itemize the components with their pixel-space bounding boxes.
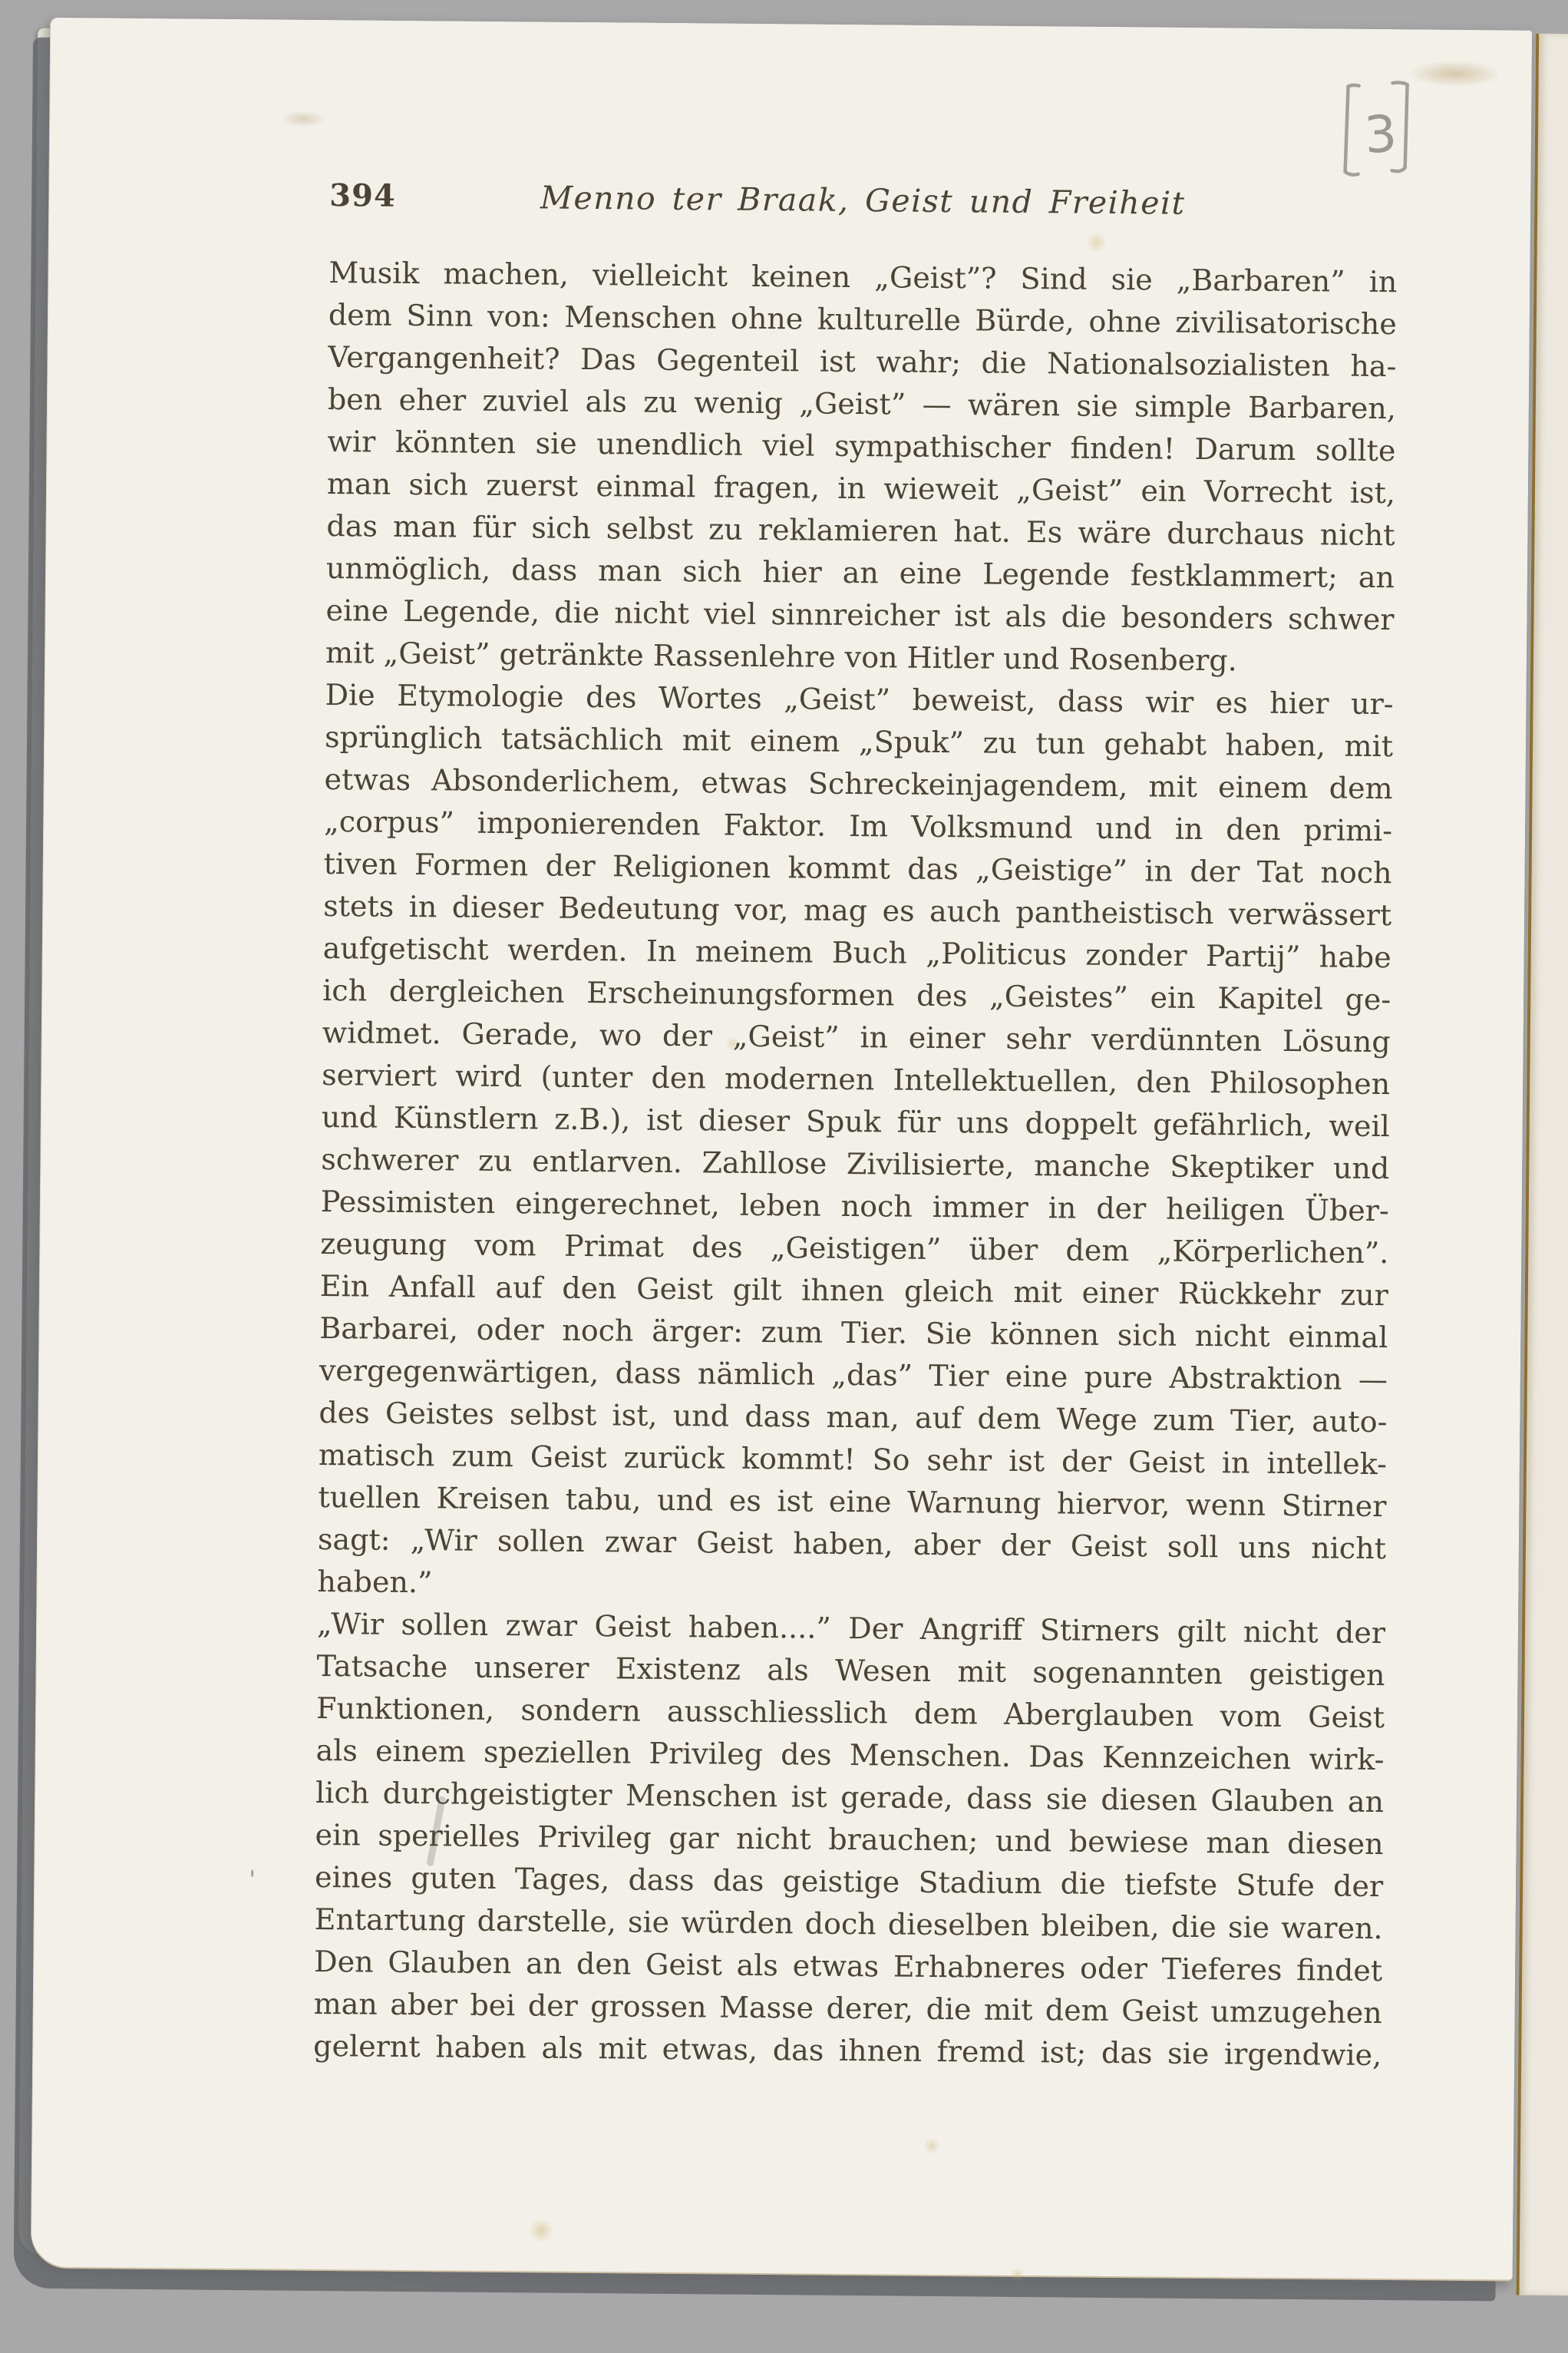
pencil-annotation: 3 — [1335, 74, 1420, 190]
body-text: Musik machen, vielleicht keinen „Geist”?… — [313, 252, 1398, 2077]
paragraph: Musik machen, vielleicht keinen „Geist”?… — [325, 252, 1398, 683]
text-line: gelernt haben als mit etwas, das ihnen f… — [313, 2025, 1381, 2077]
foxing-stain — [280, 110, 326, 127]
scan-background: { "page": { "number": "394", "running_he… — [0, 0, 1568, 2353]
book-page: 3 394 Menno ter Braak, Geist und Freihei… — [31, 18, 1533, 2282]
foxing-stain — [1010, 2268, 1025, 2281]
paragraph: Die Etymologie des Wortes „Geist” beweis… — [317, 674, 1394, 1612]
foxing-stain — [527, 2219, 555, 2242]
foxing-stain — [923, 2138, 941, 2153]
pencil-number: 3 — [1363, 104, 1399, 165]
page-header-area: 394 Menno ter Braak, Geist und Freiheit — [329, 177, 1397, 240]
page-number: 394 — [329, 177, 396, 214]
paragraph: „Wir sollen zwar Geist haben....” Der An… — [313, 1603, 1385, 2077]
running-head: Menno ter Braak, Geist und Freiheit — [329, 177, 1396, 223]
pencil-bracket-icon: 3 — [1335, 74, 1420, 190]
open-book-scan: 3 394 Menno ter Braak, Geist und Freihei… — [31, 18, 1568, 2289]
foxing-stain — [1409, 60, 1501, 87]
ink-speck — [251, 1869, 253, 1877]
